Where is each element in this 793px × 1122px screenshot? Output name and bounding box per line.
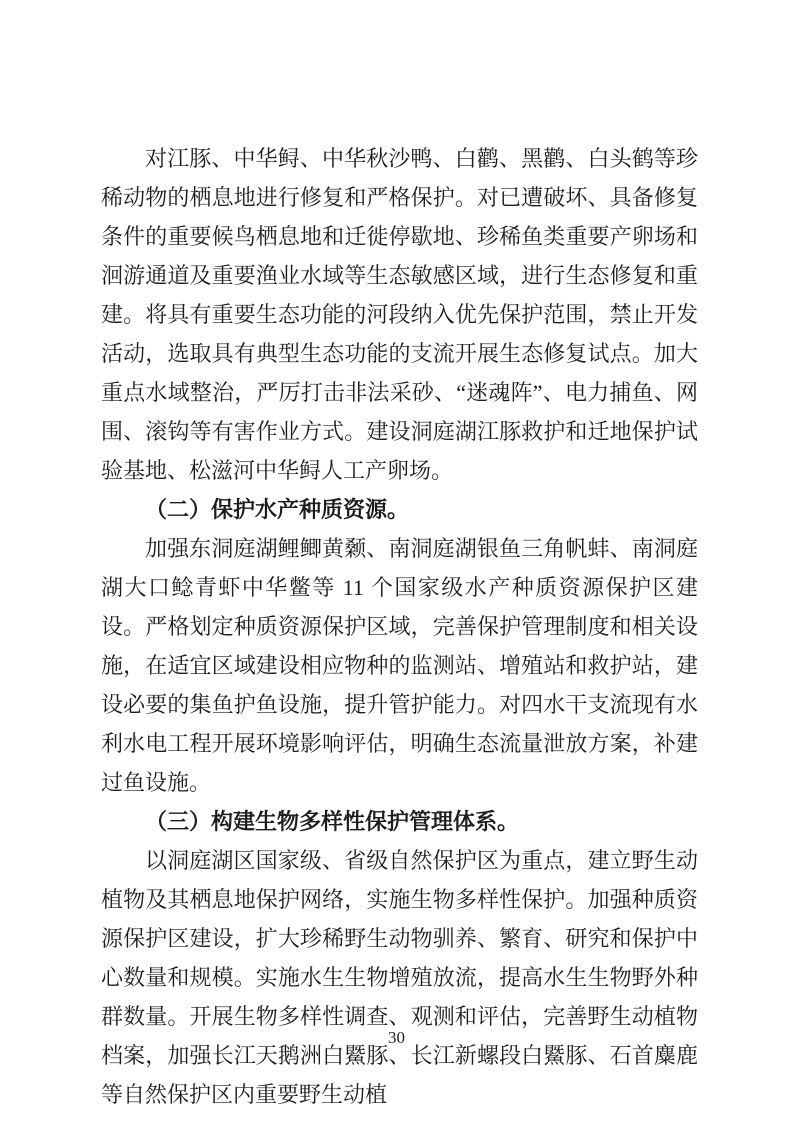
document-content: 对江豚、中华鲟、中华秋沙鸭、白鹳、黑鹳、白头鹤等珍稀动物的栖息地进行修复和严格保… xyxy=(101,139,698,1114)
section-heading-2: （二）保护水产种质资源。 xyxy=(101,490,698,529)
body-paragraph-3: 以洞庭湖区国家级、省级自然保护区为重点，建立野生动植物及其栖息地保护网络，实施生… xyxy=(101,841,698,1114)
page-number: 30 xyxy=(0,1028,793,1048)
document-page: 对江豚、中华鲟、中华秋沙鸭、白鹳、黑鹳、白头鹤等珍稀动物的栖息地进行修复和严格保… xyxy=(0,0,793,1122)
body-paragraph-2: 加强东洞庭湖鲤鲫黄颡、南洞庭湖银鱼三角帆蚌、南洞庭湖大口鲶青虾中华鳖等 11 个… xyxy=(101,529,698,802)
body-paragraph-1: 对江豚、中华鲟、中华秋沙鸭、白鹳、黑鹳、白头鹤等珍稀动物的栖息地进行修复和严格保… xyxy=(101,139,698,490)
section-heading-3: （三）构建生物多样性保护管理体系。 xyxy=(101,802,698,841)
